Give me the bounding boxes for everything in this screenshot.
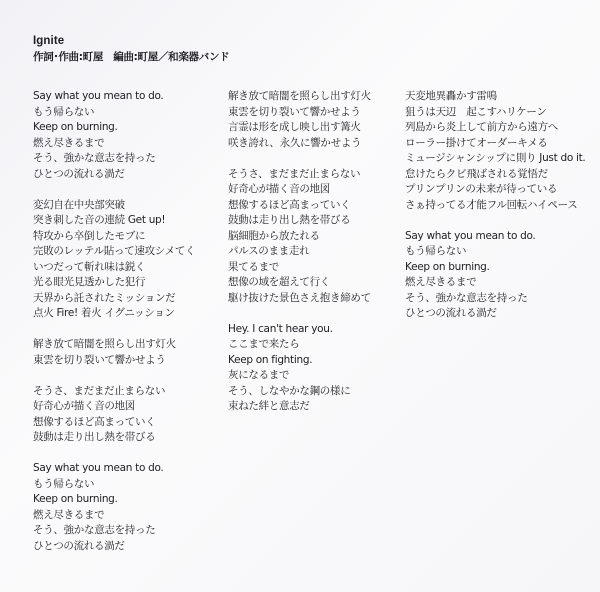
lyric-line: Say what you mean to do. bbox=[33, 461, 195, 477]
lyric-line: いつだって斬れ味は鋭く bbox=[33, 260, 195, 276]
lyric-line: もう帰らない bbox=[33, 105, 195, 121]
lyrics-stanza: そうさ、まだまだ止まらない好奇心が描く音の地図想像するほど高まっていく鼓動は走り… bbox=[228, 167, 371, 307]
lyric-line: 光る眼光見透かした犯行 bbox=[33, 275, 195, 291]
lyric-line: 好奇心が描く音の地図 bbox=[33, 399, 195, 415]
lyric-line: Hey. I can't hear you. bbox=[228, 322, 371, 338]
lyric-line: そうさ、まだまだ止まらない bbox=[33, 384, 195, 400]
lyric-line: 駆け抜けた景色さえ抱き締めて bbox=[228, 291, 371, 307]
lyric-line: Keep on burning. bbox=[33, 120, 195, 136]
lyrics-stanza: Say what you mean to do.もう帰らないKeep on bu… bbox=[405, 229, 585, 322]
lyric-line: 怠けたらクビ飛ばされる覚悟だ bbox=[405, 167, 585, 183]
lyric-line: さぁ持ってる才能フル回転ハイペース bbox=[405, 198, 585, 214]
song-header: Ignite 作詞･作曲:町屋 編曲:町屋／和楽器バンド bbox=[33, 34, 229, 65]
lyric-line: ここまで来たら bbox=[228, 337, 371, 353]
lyric-line: 想像するほど高まっていく bbox=[33, 415, 195, 431]
lyric-line: そう、強かな意志を持った bbox=[405, 291, 585, 307]
lyric-line: Say what you mean to do. bbox=[33, 89, 195, 105]
lyric-line: プリンプリンの未来が待っている bbox=[405, 182, 585, 198]
lyric-line: Say what you mean to do. bbox=[405, 229, 585, 245]
lyric-line: 東雲を切り裂いて響かせよう bbox=[33, 353, 195, 369]
lyric-line: 燃え尽きるまで bbox=[405, 275, 585, 291]
lyric-line: もう帰らない bbox=[33, 477, 195, 493]
lyric-line: 解き放て暗闇を照らし出す灯火 bbox=[33, 337, 195, 353]
lyric-line: 燃え尽きるまで bbox=[33, 136, 195, 152]
lyric-line: 言霊は形を成し映し出す篝火 bbox=[228, 120, 371, 136]
lyric-line: 果てるまで bbox=[228, 260, 371, 276]
lyric-line: そう、強かな意志を持った bbox=[33, 523, 195, 539]
lyric-line: 東雲を切り裂いて響かせよう bbox=[228, 105, 371, 121]
lyric-line: 好奇心が描く音の地図 bbox=[228, 182, 371, 198]
lyrics-stanza: Say what you mean to do.もう帰らないKeep on bu… bbox=[33, 461, 195, 554]
lyric-line: Keep on burning. bbox=[405, 260, 585, 276]
lyric-line: Keep on fighting. bbox=[228, 353, 371, 369]
lyric-line: Keep on burning. bbox=[33, 492, 195, 508]
lyric-line: 完敗のレッテル貼って速攻シメてく bbox=[33, 244, 195, 260]
lyric-line: 特攻から卒倒したモブに bbox=[33, 229, 195, 245]
lyric-line: 束ねた絆と意志だ bbox=[228, 399, 371, 415]
lyric-line: ローラー掛けてオーダーキメる bbox=[405, 136, 585, 152]
song-title: Ignite bbox=[33, 34, 229, 49]
lyric-line: そうさ、まだまだ止まらない bbox=[228, 167, 371, 183]
lyric-line: 鼓動は走り出し熱を帯びる bbox=[33, 430, 195, 446]
lyric-line: パルスのまま走れ bbox=[228, 244, 371, 260]
lyric-line: 天変地異轟かす雷鳴 bbox=[405, 89, 585, 105]
lyrics-stanza: Hey. I can't hear you.ここまで来たらKeep on fig… bbox=[228, 322, 371, 415]
lyric-line: 脳細胞から放たれる bbox=[228, 229, 371, 245]
lyrics-column-1: Say what you mean to do.もう帰らないKeep on bu… bbox=[33, 89, 195, 570]
lyric-line: ひとつの流れる渦だ bbox=[405, 306, 585, 322]
lyric-line: 列島から炎上して前方から遠方へ bbox=[405, 120, 585, 136]
lyric-line: 天界から託されたミッションだ bbox=[33, 291, 195, 307]
song-credits: 作詞･作曲:町屋 編曲:町屋／和楽器バンド bbox=[33, 49, 229, 65]
lyric-line: 突き刺した音の連続 Get up! bbox=[33, 213, 195, 229]
lyrics-stanza: 解き放て暗闇を照らし出す灯火東雲を切り裂いて響かせよう言霊は形を成し映し出す篝火… bbox=[228, 89, 371, 151]
lyric-line: 狙うは天辺 起こすハリケーン bbox=[405, 105, 585, 121]
lyric-line: そう、しなやかな鋼の様に bbox=[228, 384, 371, 400]
lyrics-column-3: 天変地異轟かす雷鳴狙うは天辺 起こすハリケーン列島から炎上して前方から遠方へロー… bbox=[405, 89, 585, 337]
lyrics-stanza: 天変地異轟かす雷鳴狙うは天辺 起こすハリケーン列島から炎上して前方から遠方へロー… bbox=[405, 89, 585, 213]
lyrics-stanza: 変幻自在中央部突破突き刺した音の連続 Get up!特攻から卒倒したモブに完敗の… bbox=[33, 198, 195, 322]
lyric-line: 灰になるまで bbox=[228, 368, 371, 384]
lyric-line: 想像するほど高まっていく bbox=[228, 198, 371, 214]
lyric-line: ひとつの流れる渦だ bbox=[33, 167, 195, 183]
lyrics-page: Ignite 作詞･作曲:町屋 編曲:町屋／和楽器バンド Say what yo… bbox=[0, 0, 600, 592]
lyrics-column-2: 解き放て暗闇を照らし出す灯火東雲を切り裂いて響かせよう言霊は形を成し映し出す篝火… bbox=[228, 89, 371, 430]
lyric-line: 咲き誇れ、永久に響かせよう bbox=[228, 136, 371, 152]
lyric-line: もう帰らない bbox=[405, 244, 585, 260]
lyrics-stanza: 解き放て暗闇を照らし出す灯火東雲を切り裂いて響かせよう bbox=[33, 337, 195, 368]
lyric-line: そう、強かな意志を持った bbox=[33, 151, 195, 167]
lyric-line: 点火 Fire! 着火 イグニッション bbox=[33, 306, 195, 322]
lyrics-stanza: そうさ、まだまだ止まらない好奇心が描く音の地図想像するほど高まっていく鼓動は走り… bbox=[33, 384, 195, 446]
lyric-line: 想像の域を超えて行く bbox=[228, 275, 371, 291]
lyric-line: 解き放て暗闇を照らし出す灯火 bbox=[228, 89, 371, 105]
lyric-line: ひとつの流れる渦だ bbox=[33, 539, 195, 555]
lyrics-stanza: Say what you mean to do.もう帰らないKeep on bu… bbox=[33, 89, 195, 182]
lyric-line: 燃え尽きるまで bbox=[33, 508, 195, 524]
lyric-line: ミュージシャンシップに則り Just do it. bbox=[405, 151, 585, 167]
lyric-line: 変幻自在中央部突破 bbox=[33, 198, 195, 214]
lyric-line: 鼓動は走り出し熱を帯びる bbox=[228, 213, 371, 229]
